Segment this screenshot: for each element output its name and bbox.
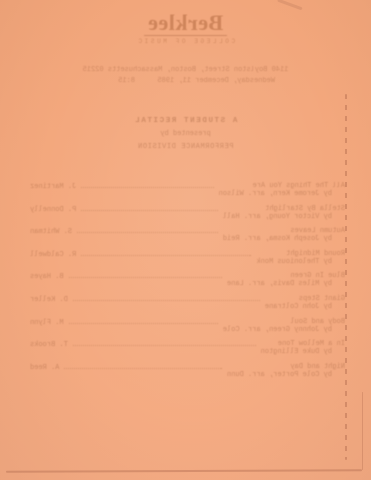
piece-block: Blue In Green by Miles Davis, arr. Lane xyxy=(227,272,345,288)
piece-composer: by Jerome Kern, arr. Wilson xyxy=(219,190,345,198)
piece-title: Blue In Green xyxy=(227,272,345,280)
leader-dots xyxy=(81,182,213,188)
performer-name: D. Keller xyxy=(30,295,68,304)
logo-subtitle: COLLEGE OF MUSIC xyxy=(0,38,371,45)
recital-title-block: A STUDENT RECITAL presented by PERFORMAN… xyxy=(0,115,371,154)
piece-block: Giant Steps by John Coltrane xyxy=(265,295,345,311)
piece-composer: by Duke Ellington xyxy=(261,348,345,356)
recital-title: A STUDENT RECITAL xyxy=(0,115,371,128)
performer-name: R. Caldwell xyxy=(30,250,76,259)
piece-title: In a Mellow Tone xyxy=(261,340,345,348)
piece-block: Autumn Leaves by Joseph Kosma, arr. Reid xyxy=(223,227,345,243)
leader-dots xyxy=(77,227,218,233)
piece-title: Giant Steps xyxy=(265,295,345,303)
piece-block: Night and Day by Cole Porter, arr. Dunn xyxy=(227,363,345,379)
paper-right-edge xyxy=(362,392,364,470)
venue-address-line: 1140 Boylston Street, Boston, Massachuse… xyxy=(0,66,371,74)
piece-composer: by John Coltrane xyxy=(265,303,345,311)
program-row: Body and Soul by Johnny Green, arr. Cole… xyxy=(30,318,345,341)
logo-underline: Berklee xyxy=(144,12,228,36)
piece-title: All The Things You Are xyxy=(219,182,345,190)
leader-dots xyxy=(69,272,222,278)
piece-block: Body and Soul by Johnny Green, arr. Cole xyxy=(223,318,345,334)
piece-composer: by Cole Porter, arr. Dunn xyxy=(227,371,345,379)
piece-composer: by Thelonious Monk xyxy=(256,258,345,266)
performer-name: S. Whitman xyxy=(30,227,72,236)
program-list: All The Things You Are by Jerome Kern, a… xyxy=(30,182,345,385)
program-row: Round Midnight by Thelonious Monk R. Cal… xyxy=(30,250,345,273)
performer-name: B. Hayes xyxy=(30,272,64,281)
performer-name: J. Martinez xyxy=(30,182,76,191)
leader-dots xyxy=(64,363,222,369)
piece-composer: by Victor Young, arr. Hall xyxy=(223,213,345,221)
leader-dots xyxy=(73,295,260,301)
program-row: Blue In Green by Miles Davis, arr. Lane … xyxy=(30,272,345,295)
date-text: Wednesday, December 11, 1985 xyxy=(157,77,275,85)
berklee-logo: Berklee COLLEGE OF MUSIC xyxy=(0,12,371,45)
leader-dots xyxy=(73,340,256,346)
program-row: Night and Day by Cole Porter, arr. Dunn … xyxy=(30,363,345,386)
piece-title: Body and Soul xyxy=(223,318,345,326)
piece-title: Round Midnight xyxy=(256,250,345,258)
date-time-line: Wednesday, December 11, 1985 8:15 xyxy=(0,77,371,86)
leader-dots xyxy=(81,250,251,256)
program-row: Stella By Starlight by Victor Young, arr… xyxy=(30,205,345,228)
scanned-paper-page: Berklee COLLEGE OF MUSIC 1140 Boylston S… xyxy=(0,0,371,480)
piece-title: Night and Day xyxy=(227,363,345,371)
program-row: Giant Steps by John Coltrane D. Keller xyxy=(30,295,345,318)
program-row: In a Mellow Tone by Duke Ellington T. Br… xyxy=(30,340,345,363)
performer-name: T. Brooks xyxy=(30,340,68,349)
piece-block: In a Mellow Tone by Duke Ellington xyxy=(261,340,345,356)
program-row: All The Things You Are by Jerome Kern, a… xyxy=(30,182,345,205)
logo-wordmark: Berklee xyxy=(148,12,224,34)
performer-name: M. Flynn xyxy=(30,318,64,327)
performer-name: P. Donnelly xyxy=(30,205,76,214)
piece-composer: by Joseph Kosma, arr. Reid xyxy=(223,235,345,243)
piece-composer: by Miles Davis, arr. Lane xyxy=(227,280,345,288)
leader-dots xyxy=(69,318,218,324)
recital-presenter: PERFORMANCE DIVISION xyxy=(0,141,371,154)
piece-block: Stella By Starlight by Victor Young, arr… xyxy=(223,205,345,221)
time-text: 8:15 xyxy=(118,77,135,85)
piece-block: All The Things You Are by Jerome Kern, a… xyxy=(219,182,345,198)
program-row: Autumn Leaves by Joseph Kosma, arr. Reid… xyxy=(30,227,345,250)
piece-composer: by Johnny Green, arr. Cole xyxy=(223,326,345,334)
piece-title: Autumn Leaves xyxy=(223,227,345,235)
performer-name: A. Reed xyxy=(30,363,59,372)
deckled-right-edge xyxy=(345,94,347,460)
leader-dots xyxy=(81,205,218,211)
mirrored-bleedthrough-layer: Berklee COLLEGE OF MUSIC 1140 Boylston S… xyxy=(0,0,371,480)
piece-title: Stella By Starlight xyxy=(223,205,345,213)
piece-block: Round Midnight by Thelonious Monk xyxy=(256,250,345,266)
recital-subtitle: presented by xyxy=(0,128,371,141)
